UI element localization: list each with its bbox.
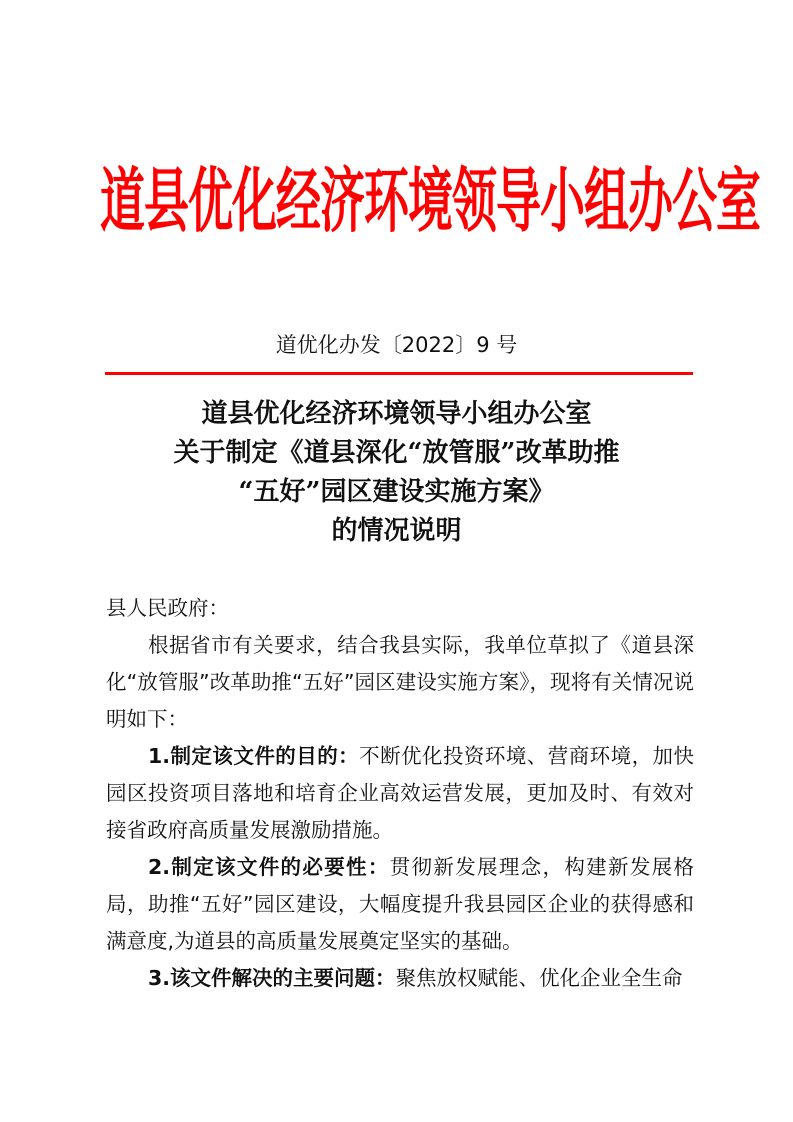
- title-line-4: 的情况说明: [0, 512, 793, 551]
- masthead-title: 道县优化经济环境领导小组办公室: [100, 137, 695, 267]
- section-paragraph-1: 1.制定该文件的目的：不断优化投资环境、营商环境，加快园区投资项目落地和培育企业…: [106, 738, 694, 849]
- title-line-2: 关于制定《道县深化“放管服”改革助推: [0, 434, 793, 473]
- title-line-1: 道县优化经济环境领导小组办公室: [0, 395, 793, 434]
- document-number: 道优化办发〔2022〕9 号: [0, 330, 793, 360]
- section-text-3: 聚焦放权赋能、优化企业全生命: [396, 966, 683, 990]
- section-heading-2: 2.制定该文件的必要性：: [148, 855, 390, 879]
- document-body: 县人民政府： 根据省市有关要求，结合我县实际，我单位草拟了《道县深化“放管服”改…: [106, 590, 694, 997]
- document-title: 道县优化经济环境领导小组办公室 关于制定《道县深化“放管服”改革助推 “五好”园…: [0, 395, 793, 551]
- section-heading-1: 1.制定该文件的目的：: [148, 744, 359, 768]
- document-page: 道县优化经济环境领导小组办公室 道优化办发〔2022〕9 号 道县优化经济环境领…: [0, 0, 793, 1122]
- section-heading-3: 3.该文件解决的主要问题：: [148, 966, 396, 990]
- title-line-3: “五好”园区建设实施方案》: [0, 473, 793, 512]
- section-paragraph-2: 2.制定该文件的必要性：贯彻新发展理念，构建新发展格局，助推“五好”园区建设，大…: [106, 849, 694, 960]
- intro-paragraph: 根据省市有关要求，结合我县实际，我单位草拟了《道县深化“放管服”改革助推“五好”…: [106, 627, 694, 738]
- red-divider: [105, 372, 693, 375]
- section-paragraph-3: 3.该文件解决的主要问题：聚焦放权赋能、优化企业全生命: [106, 960, 694, 997]
- salutation: 县人民政府：: [106, 590, 694, 627]
